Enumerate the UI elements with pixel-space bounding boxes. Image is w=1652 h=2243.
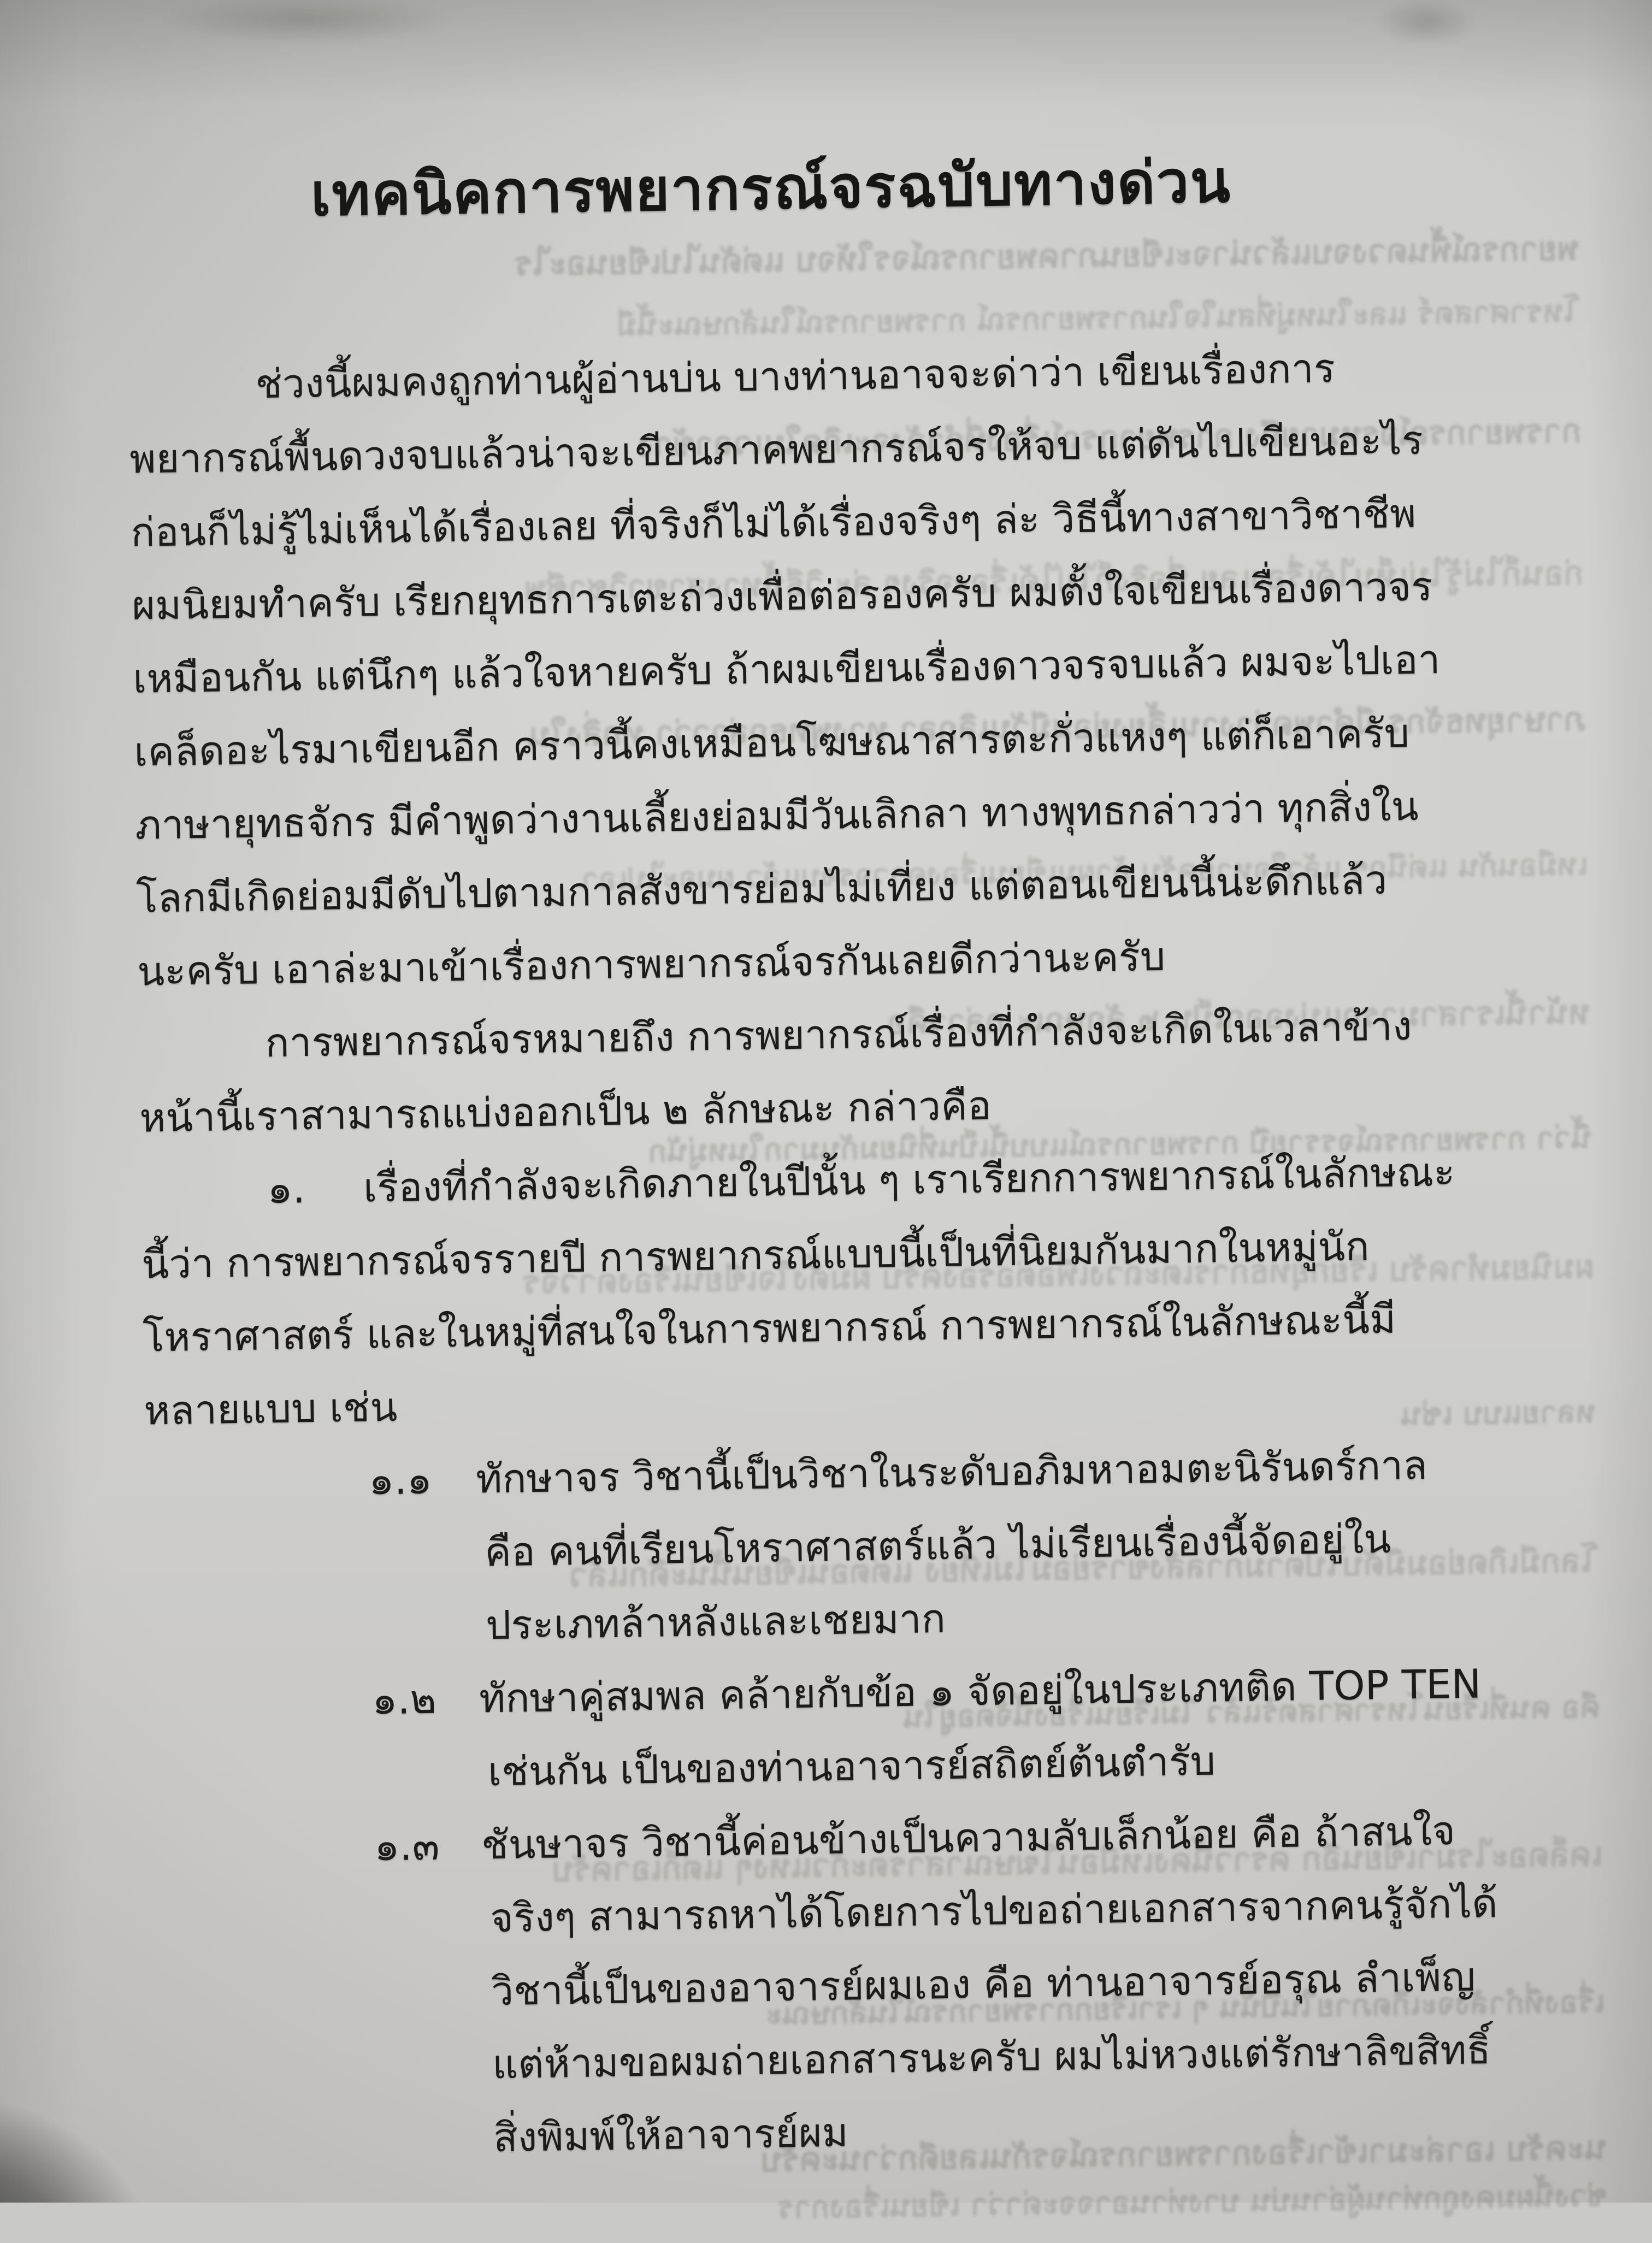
- page-content: พยากรณ์พื้นดวงจบแล้วน่าจะเขียนภาคพยากรณ์…: [0, 0, 1652, 2203]
- list-marker: ๑.๑: [368, 1454, 432, 1508]
- list-marker: ๑.๓: [374, 1820, 440, 1874]
- list-marker: ๑.๒: [371, 1673, 436, 1728]
- list-marker: ๑.: [267, 1162, 306, 1217]
- page-photo: พยากรณ์พื้นดวงจบแล้วน่าจะเขียนภาคพยากรณ์…: [0, 0, 1652, 2203]
